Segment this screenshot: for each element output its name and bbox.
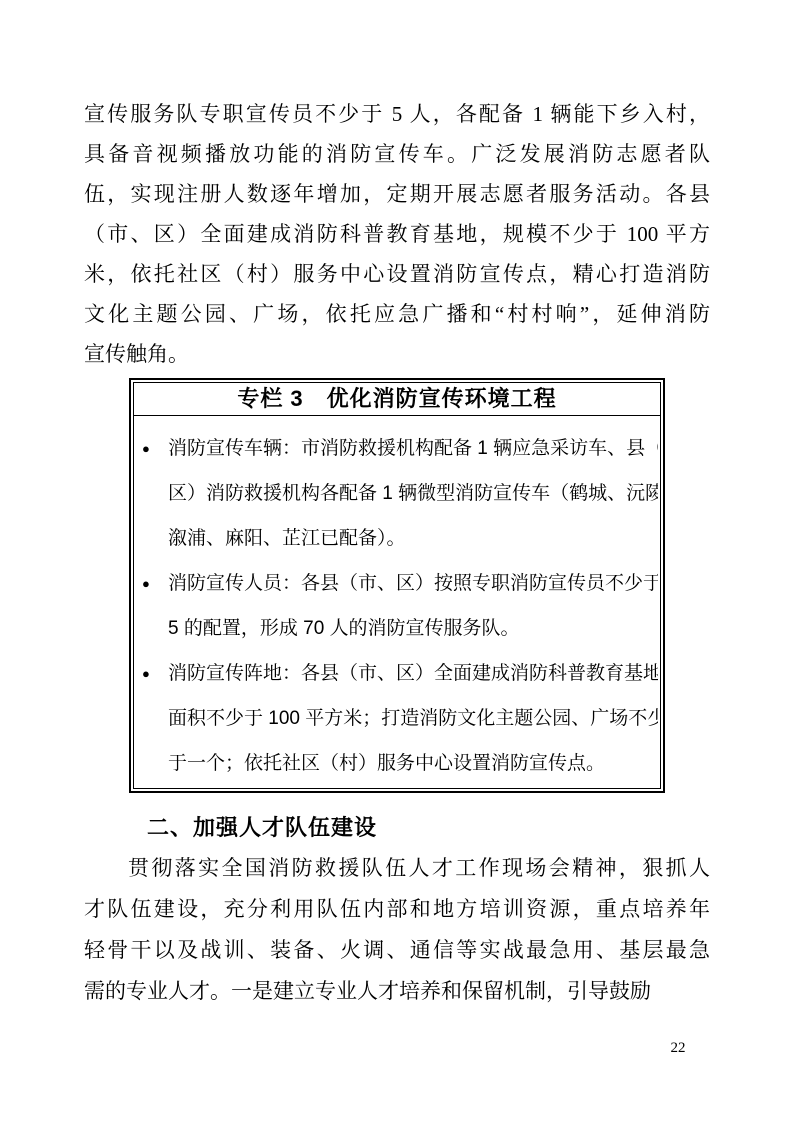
panel-box: 专栏 3 优化消防宣传环境工程 ●消防宣传车辆：市消防救援机构配备 1 辆应急采… bbox=[129, 378, 665, 793]
panel-title: 专栏 3 优化消防宣传环境工程 bbox=[134, 383, 660, 416]
text-line: 区）消防救援机构各配备 1 辆微型消防宣传车（鹤城、沅陵、 bbox=[168, 471, 658, 516]
page-number: 22 bbox=[658, 1038, 698, 1058]
text-line: 5 的配置，形成 70 人的消防宣传服务队。 bbox=[168, 606, 658, 651]
text-line: 于一个；依托社区（村）服务中心设置消防宣传点。 bbox=[168, 741, 658, 786]
page-content: 宣传服务队专职宣传员不少于 5 人，各配备 1 辆能下乡入村，具备音视频播放功能… bbox=[84, 94, 710, 1012]
intro-paragraph: 宣传服务队专职宣传员不少于 5 人，各配备 1 辆能下乡入村，具备音视频播放功能… bbox=[84, 94, 710, 374]
text-line: 宣传服务队专职宣传员不少于 5 人，各配备 1 辆能下乡入村， bbox=[84, 94, 710, 134]
panel-inner-border: 专栏 3 优化消防宣传环境工程 ●消防宣传车辆：市消防救援机构配备 1 辆应急采… bbox=[133, 382, 661, 789]
text-line: 才队伍建设，充分利用队伍内部和地方培训资源，重点培养年 bbox=[84, 889, 710, 930]
section-heading: 二、加强人才队伍建设 bbox=[147, 810, 710, 846]
section-paragraph: 贯彻落实全国消防救援队伍人才工作现场会精神，狠抓人才队伍建设，充分利用队伍内部和… bbox=[84, 848, 710, 1012]
panel-bullet-item: ●消防宣传车辆：市消防救援机构配备 1 辆应急采访车、县（市、区）消防救援机构各… bbox=[142, 426, 658, 561]
bullet-text: 消防宣传人员：各县（市、区）按照专职消防宣传员不少于5 的配置，形成 70 人的… bbox=[168, 561, 658, 651]
text-line: 面积不少于 100 平方米；打造消防文化主题公园、广场不少 bbox=[168, 696, 658, 741]
text-line: （市、区）全面建成消防科普教育基地，规模不少于 100 平方 bbox=[84, 214, 710, 254]
text-line: 宣传触角。 bbox=[84, 334, 710, 374]
text-line: 米，依托社区（村）服务中心设置消防宣传点，精心打造消防 bbox=[84, 254, 710, 294]
text-line: 消防宣传车辆：市消防救援机构配备 1 辆应急采访车、县（市、 bbox=[168, 426, 658, 471]
text-line: 需的专业人才。一是建立专业人才培养和保留机制，引导鼓励 bbox=[84, 971, 710, 1012]
text-line: 轻骨干以及战训、装备、火调、通信等实战最急用、基层最急 bbox=[84, 930, 710, 971]
text-line: 消防宣传人员：各县（市、区）按照专职消防宣传员不少于 bbox=[168, 561, 658, 606]
panel-bullet-item: ●消防宣传人员：各县（市、区）按照专职消防宣传员不少于5 的配置，形成 70 人… bbox=[142, 561, 658, 651]
text-line: 贯彻落实全国消防救援队伍人才工作现场会精神，狠抓人 bbox=[84, 848, 710, 889]
text-line: 伍，实现注册人数逐年增加，定期开展志愿者服务活动。各县 bbox=[84, 174, 710, 214]
text-line: 消防宣传阵地：各县（市、区）全面建成消防科普教育基地， bbox=[168, 651, 658, 696]
panel-bullet-item: ●消防宣传阵地：各县（市、区）全面建成消防科普教育基地，面积不少于 100 平方… bbox=[142, 651, 658, 786]
text-line: 具备音视频播放功能的消防宣传车。广泛发展消防志愿者队 bbox=[84, 134, 710, 174]
bullet-icon: ● bbox=[142, 651, 168, 696]
bullet-text: 消防宣传阵地：各县（市、区）全面建成消防科普教育基地，面积不少于 100 平方米… bbox=[168, 651, 658, 786]
text-line: 溆浦、麻阳、芷江已配备）。 bbox=[168, 516, 658, 561]
bullet-text: 消防宣传车辆：市消防救援机构配备 1 辆应急采访车、县（市、区）消防救援机构各配… bbox=[168, 426, 658, 561]
panel-body: ●消防宣传车辆：市消防救援机构配备 1 辆应急采访车、县（市、区）消防救援机构各… bbox=[134, 416, 660, 788]
bullet-icon: ● bbox=[142, 426, 168, 471]
bullet-icon: ● bbox=[142, 561, 168, 606]
document-page: 宣传服务队专职宣传员不少于 5 人，各配备 1 辆能下乡入村，具备音视频播放功能… bbox=[0, 0, 793, 1122]
text-line: 文化主题公园、广场，依托应急广播和“村村响”，延伸消防 bbox=[84, 294, 710, 334]
